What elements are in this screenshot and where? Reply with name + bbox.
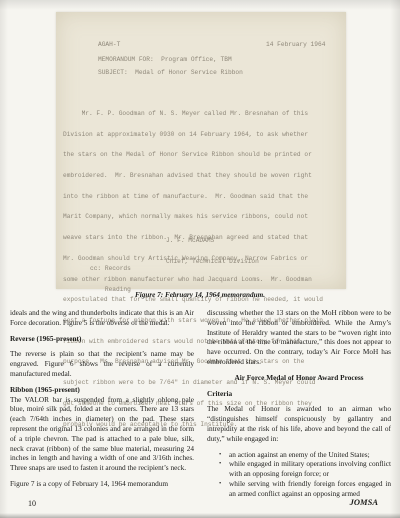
right-paragraph-2: The Medal of Honor is awarded to an airm… [207, 404, 391, 443]
heading-award-process: Air Force Medal of Honor Award Process [207, 373, 391, 383]
memo-office-symbol: AGAH-T [98, 42, 120, 49]
memo-body-line: the stars on the Medal of Honor Service … [63, 152, 323, 159]
criteria-bullet: while serving with friendly foreign forc… [207, 479, 391, 499]
article-body: ideals and the wing and thunderbolts ind… [10, 308, 392, 499]
heading-reverse: Reverse (1965-present) [10, 334, 194, 344]
scan-edge-artifact-left [0, 0, 8, 518]
left-paragraph-2: The reverse is plain so that the recipie… [10, 349, 194, 378]
memo-signature-block: J. F. McADAMS Chief, Technical Division [166, 224, 259, 279]
page-number: 10 [28, 499, 36, 508]
memo-subject-line: SUBJECT: Medal of Honor Service Ribbon [98, 70, 243, 77]
memo-body-line: embroidered. Mr. Bresnahan advised that … [63, 173, 323, 180]
right-paragraph-1: discussing whether the 13 stars on the M… [207, 308, 391, 367]
journal-name: JOMSA [350, 497, 378, 507]
criteria-bullet: while engaged in military operations inv… [207, 459, 391, 479]
left-paragraph-1: ideals and the wing and thunderbolts ind… [10, 308, 194, 328]
criteria-bullet: an action against an enemy of the United… [207, 450, 391, 460]
memo-body-line: Division at approximately 0930 on 14 Feb… [63, 132, 323, 139]
scan-edge-artifact-bottom [0, 513, 400, 518]
left-column: ideals and the wing and thunderbolts ind… [10, 308, 194, 499]
scan-edge-artifact-top [0, 0, 400, 10]
heading-criteria: Criteria [207, 389, 391, 399]
left-paragraph-3: The VALOR bar is suspended from a slight… [10, 395, 194, 473]
memorandum-scan: AGAH-T 14 February 1964 MEMORANDUM FOR: … [56, 12, 346, 289]
memo-date: 14 February 1964 [266, 42, 325, 49]
figure-caption: Figure 7: February 14, 1964 memorandum. [0, 291, 400, 299]
right-column: discussing whether the 13 stars on the M… [207, 308, 391, 499]
memo-for-line: MEMORANDUM FOR: Program Office, TBM [98, 57, 232, 64]
left-paragraph-4: Figure 7 is a copy of February 14, 1964 … [10, 479, 194, 489]
memo-body-line: into the ribbon at time of manufacture. … [63, 194, 323, 201]
criteria-bullet-list: an action against an enemy of the United… [207, 450, 391, 499]
heading-ribbon: Ribbon (1965-present) [10, 385, 194, 395]
memo-body-line: Mr. F. P. Goodman of N. S. Meyer called … [63, 111, 323, 118]
memo-cc-line: cc: Records [90, 266, 131, 273]
memo-signature-name: J. F. McADAMS [166, 238, 259, 245]
memo-signature-title: Chief, Technical Division [166, 259, 259, 266]
memo-body-line: Marit Company, which normally makes his … [63, 214, 323, 221]
